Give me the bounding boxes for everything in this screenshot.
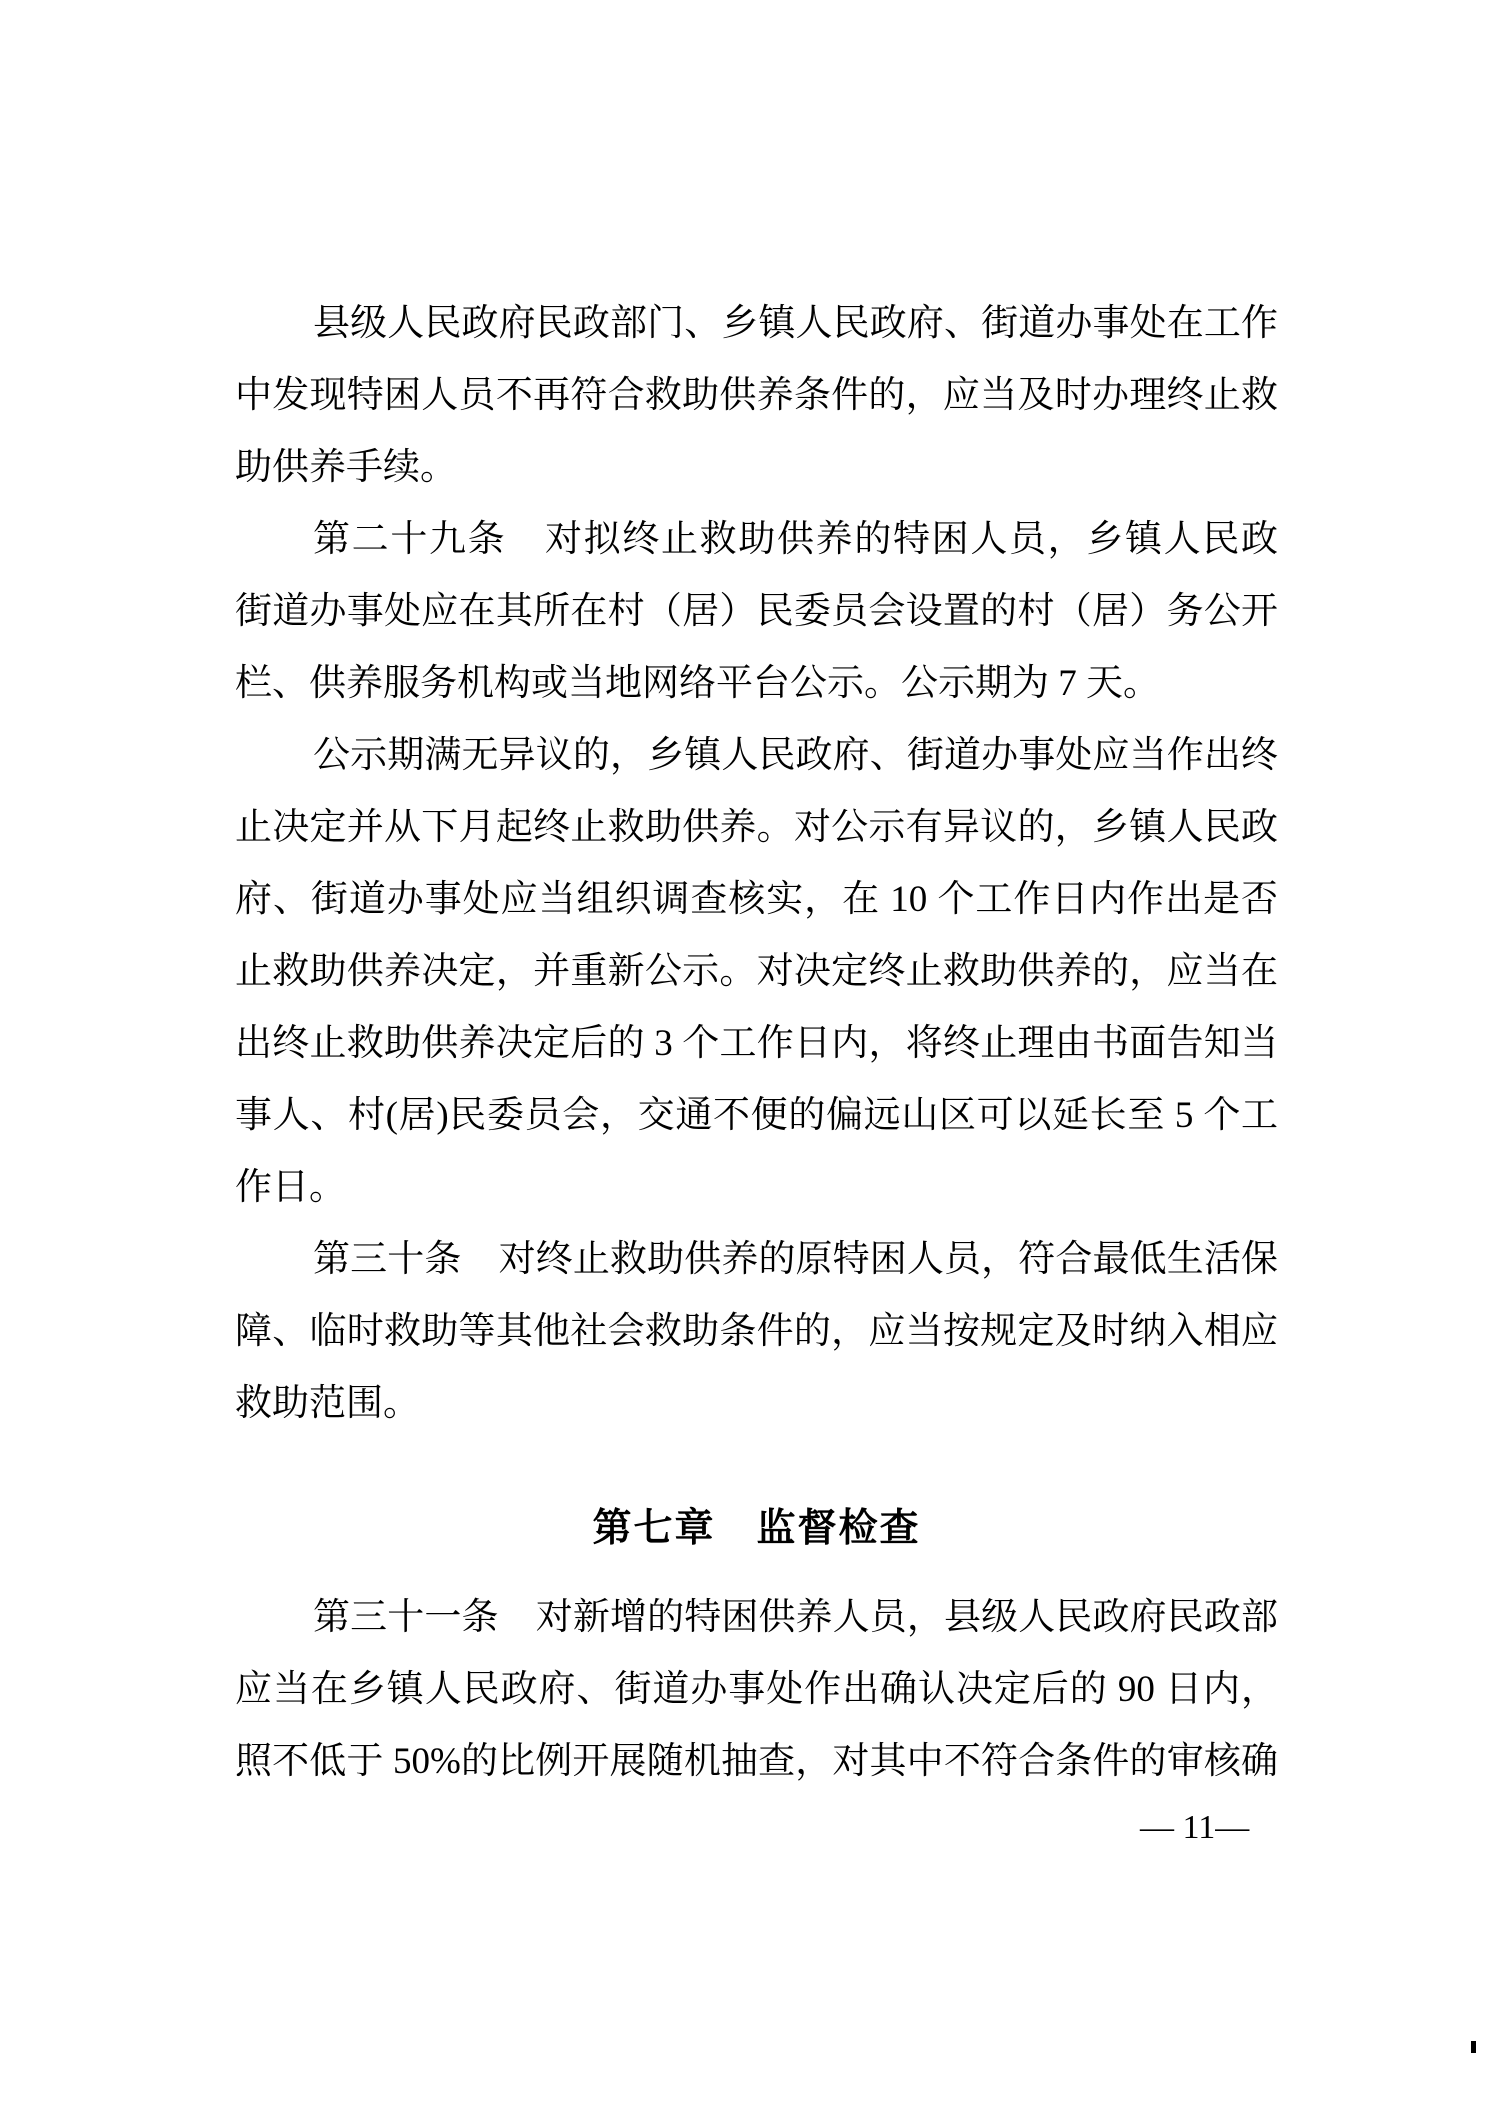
text-line: 栏、供养服务机构或当地网络平台公示。公示期为 7 天。 bbox=[235, 648, 1278, 720]
text-line: 作日。 bbox=[235, 1152, 1278, 1224]
text-line: 应当在乡镇人民政府、街道办事处作出确认决定后的 90 日内，按 bbox=[235, 1654, 1278, 1726]
text-line: 第三十条 对终止救助供养的原特困人员，符合最低生活保 bbox=[235, 1224, 1278, 1296]
body-text-before-heading: 县级人民政府民政部门、乡镇人民政府、街道办事处在工作中发现特困人员不再符合救助供… bbox=[235, 288, 1278, 1440]
text-line: 事人、村(居)民委员会，交通不便的偏远山区可以延长至 5 个工 bbox=[235, 1080, 1278, 1152]
text-line: 止救助供养决定，并重新公示。对决定终止救助供养的，应当在做 bbox=[235, 936, 1278, 1008]
text-line: 助供养手续。 bbox=[235, 432, 1278, 504]
chapter-heading: 第七章 监督检查 bbox=[235, 1497, 1278, 1561]
text-line: 府、街道办事处应当组织调查核实，在 10 个工作日内作出是否终 bbox=[235, 864, 1278, 936]
text-line: 出终止救助供养决定后的 3 个工作日内，将终止理由书面告知当 bbox=[235, 1008, 1278, 1080]
text-line: 止决定并从下月起终止救助供养。对公示有异议的，乡镇人民政 bbox=[235, 792, 1278, 864]
text-line: 公示期满无异议的，乡镇人民政府、街道办事处应当作出终 bbox=[235, 720, 1278, 792]
scan-artifact-speck bbox=[1471, 2041, 1476, 2053]
text-line: 障、临时救助等其他社会救助条件的，应当按规定及时纳入相应 bbox=[235, 1296, 1278, 1368]
text-line: 县级人民政府民政部门、乡镇人民政府、街道办事处在工作 bbox=[235, 288, 1278, 360]
text-line: 照不低于 50%的比例开展随机抽查，对其中不符合条件的审核确 bbox=[235, 1726, 1278, 1798]
text-line: 第二十九条 对拟终止救助供养的特困人员，乡镇人民政府、 bbox=[235, 504, 1278, 576]
text-line: 第三十一条 对新增的特困供养人员，县级人民政府民政部门 bbox=[235, 1582, 1278, 1654]
page-number: — 11— bbox=[1140, 1808, 1249, 1848]
text-line: 救助范围。 bbox=[235, 1368, 1278, 1440]
document-page: 县级人民政府民政部门、乡镇人民政府、街道办事处在工作中发现特困人员不再符合救助供… bbox=[0, 0, 1487, 2105]
body-text-after-heading: 第三十一条 对新增的特困供养人员，县级人民政府民政部门应当在乡镇人民政府、街道办… bbox=[235, 1582, 1278, 1798]
text-line: 中发现特困人员不再符合救助供养条件的，应当及时办理终止救 bbox=[235, 360, 1278, 432]
text-line: 街道办事处应在其所在村（居）民委员会设置的村（居）务公开 bbox=[235, 576, 1278, 648]
